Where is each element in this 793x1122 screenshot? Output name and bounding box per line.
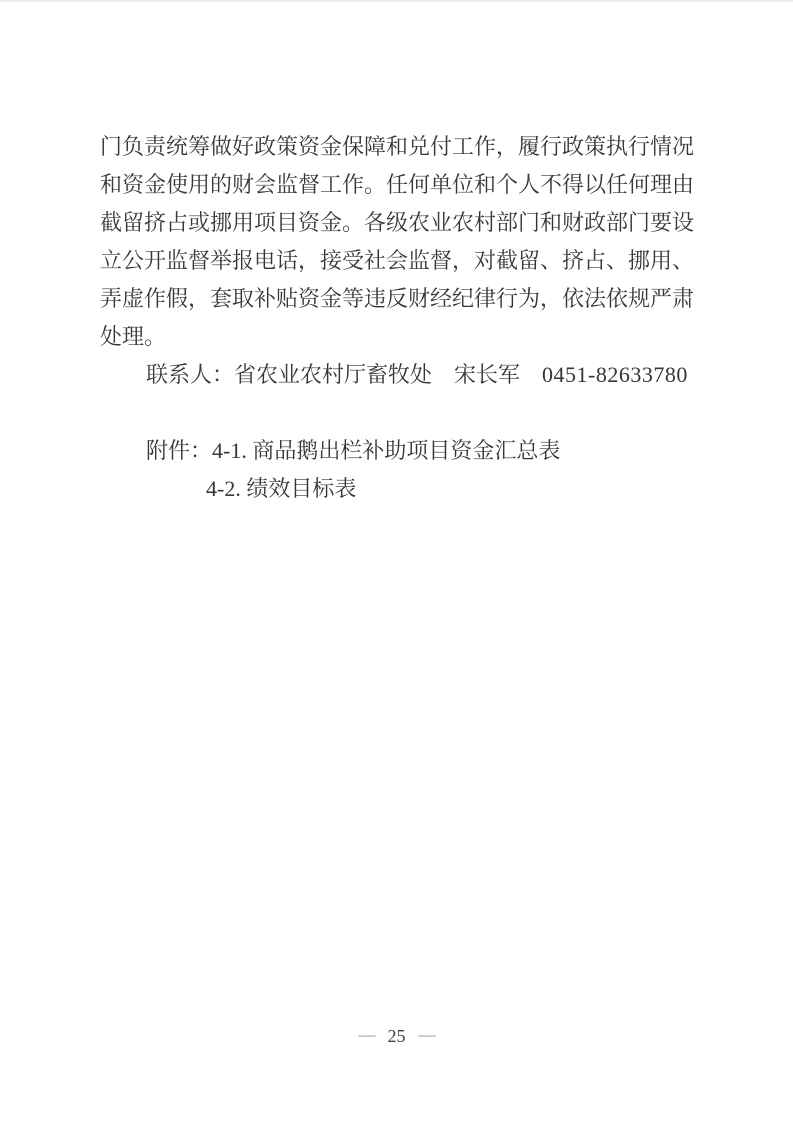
- paragraph-line: 弄虚作假，套取补贴资金等违反财经纪律行为，依法依规严肃: [100, 280, 694, 318]
- scan-edge-artifact: [0, 0, 793, 2]
- attachment-item: 4-1. 商品鹅出栏补助项目资金汇总表: [212, 438, 560, 463]
- paragraph-line: 立公开监督举报电话，接受社会监督，对截留、挤占、挪用、: [100, 242, 694, 280]
- attachments-label: 附件：: [146, 438, 212, 463]
- paragraph-line: 门负责统筹做好政策资金保障和兑付工作，履行政策执行情况: [100, 128, 694, 166]
- contact-person: 宋长军: [454, 362, 520, 387]
- contact-phone: 0451-82633780: [542, 362, 688, 387]
- paragraph-line: 截留挤占或挪用项目资金。各级农业农村部门和财政部门要设: [100, 204, 694, 242]
- document-body: 门负责统筹做好政策资金保障和兑付工作，履行政策执行情况 和资金使用的财会监督工作…: [100, 128, 694, 508]
- contact-label: 联系人：: [146, 362, 234, 387]
- attachment-row: 附件：4-1. 商品鹅出栏补助项目资金汇总表: [100, 432, 694, 470]
- contact-line: 联系人：省农业农村厅畜牧处宋长军0451-82633780: [100, 356, 694, 394]
- attachment-row: 4-2. 绩效目标表: [100, 470, 694, 508]
- footer-left-dash: —: [359, 1025, 375, 1044]
- paragraph-line: 和资金使用的财会监督工作。任何单位和个人不得以任何理由: [100, 166, 694, 204]
- paragraph-line-last: 处理。: [100, 318, 694, 356]
- body-paragraph: 门负责统筹做好政策资金保障和兑付工作，履行政策执行情况 和资金使用的财会监督工作…: [100, 128, 694, 356]
- document-page: 门负责统筹做好政策资金保障和兑付工作，履行政策执行情况 和资金使用的财会监督工作…: [0, 0, 793, 1122]
- page-footer: —25—: [0, 1024, 793, 1049]
- page-number: 25: [388, 1024, 406, 1048]
- footer-right-dash: —: [419, 1025, 435, 1044]
- attachment-item: 4-2. 绩效目标表: [206, 476, 356, 501]
- attachments-section: 附件：4-1. 商品鹅出栏补助项目资金汇总表 4-2. 绩效目标表: [100, 432, 694, 508]
- contact-department: 省农业农村厅畜牧处: [234, 362, 432, 387]
